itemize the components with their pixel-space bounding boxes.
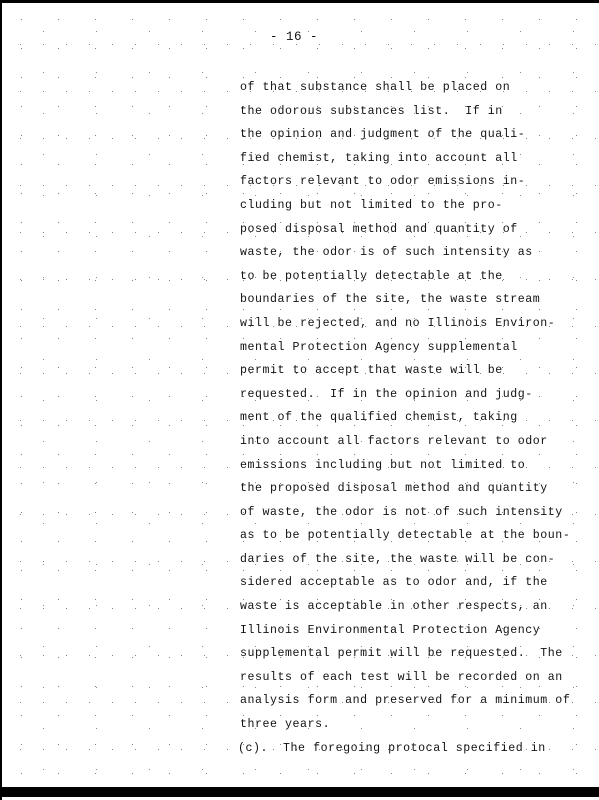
text-line: three years.: [240, 713, 590, 737]
text-line: daries of the site, the waste will be co…: [240, 548, 590, 572]
text-line: results of each test will be recorded on…: [240, 666, 590, 690]
text-line: waste, the odor is of such intensity as: [240, 241, 590, 265]
scan-border-bottom: [0, 787, 599, 797]
text-line: mental Protection Agency supplemental: [240, 336, 590, 360]
text-line: emissions including but not limited to: [240, 454, 590, 478]
subsection-line: (c). The foregoing protocal specified in: [238, 737, 590, 761]
text-line: waste is acceptable in other respects, a…: [240, 595, 590, 619]
text-line: the proposed disposal method and quantit…: [240, 477, 590, 501]
text-line: fied chemist, taking into account all: [240, 147, 590, 171]
text-line: of that substance shall be placed on: [240, 76, 590, 100]
page-number: - 16 -: [270, 30, 318, 44]
text-line: the opinion and judgment of the quali-: [240, 123, 590, 147]
text-line: supplemental permit will be requested. T…: [240, 642, 590, 666]
text-line: as to be potentially detectable at the b…: [240, 524, 590, 548]
scan-border-top: [0, 0, 599, 3]
text-line: will be rejected, and no Illinois Enviro…: [240, 312, 590, 336]
text-line: permit to accept that waste will be: [240, 359, 590, 383]
text-line: Illinois Environmental Protection Agency: [240, 619, 590, 643]
text-line: requested. If in the opinion and judg-: [240, 383, 590, 407]
text-line: analysis form and preserved for a minimu…: [240, 689, 590, 713]
text-line: cluding but not limited to the pro-: [240, 194, 590, 218]
text-line: factors relevant to odor emissions in-: [240, 170, 590, 194]
text-line: into account all factors relevant to odo…: [240, 430, 590, 454]
text-line: of waste, the odor is not of such intens…: [240, 501, 590, 525]
text-line: ment of the qualified chemist, taking: [240, 406, 590, 430]
text-line: sidered acceptable as to odor and, if th…: [240, 571, 590, 595]
text-line: boundaries of the site, the waste stream: [240, 288, 590, 312]
text-line: the odorous substances list. If in: [240, 100, 590, 124]
scan-border-left: [0, 0, 2, 800]
body-text: of that substance shall be placed on the…: [240, 76, 590, 760]
text-line: posed disposal method and quantity of: [240, 218, 590, 242]
text-line: to be potentially detectable at the: [240, 265, 590, 289]
